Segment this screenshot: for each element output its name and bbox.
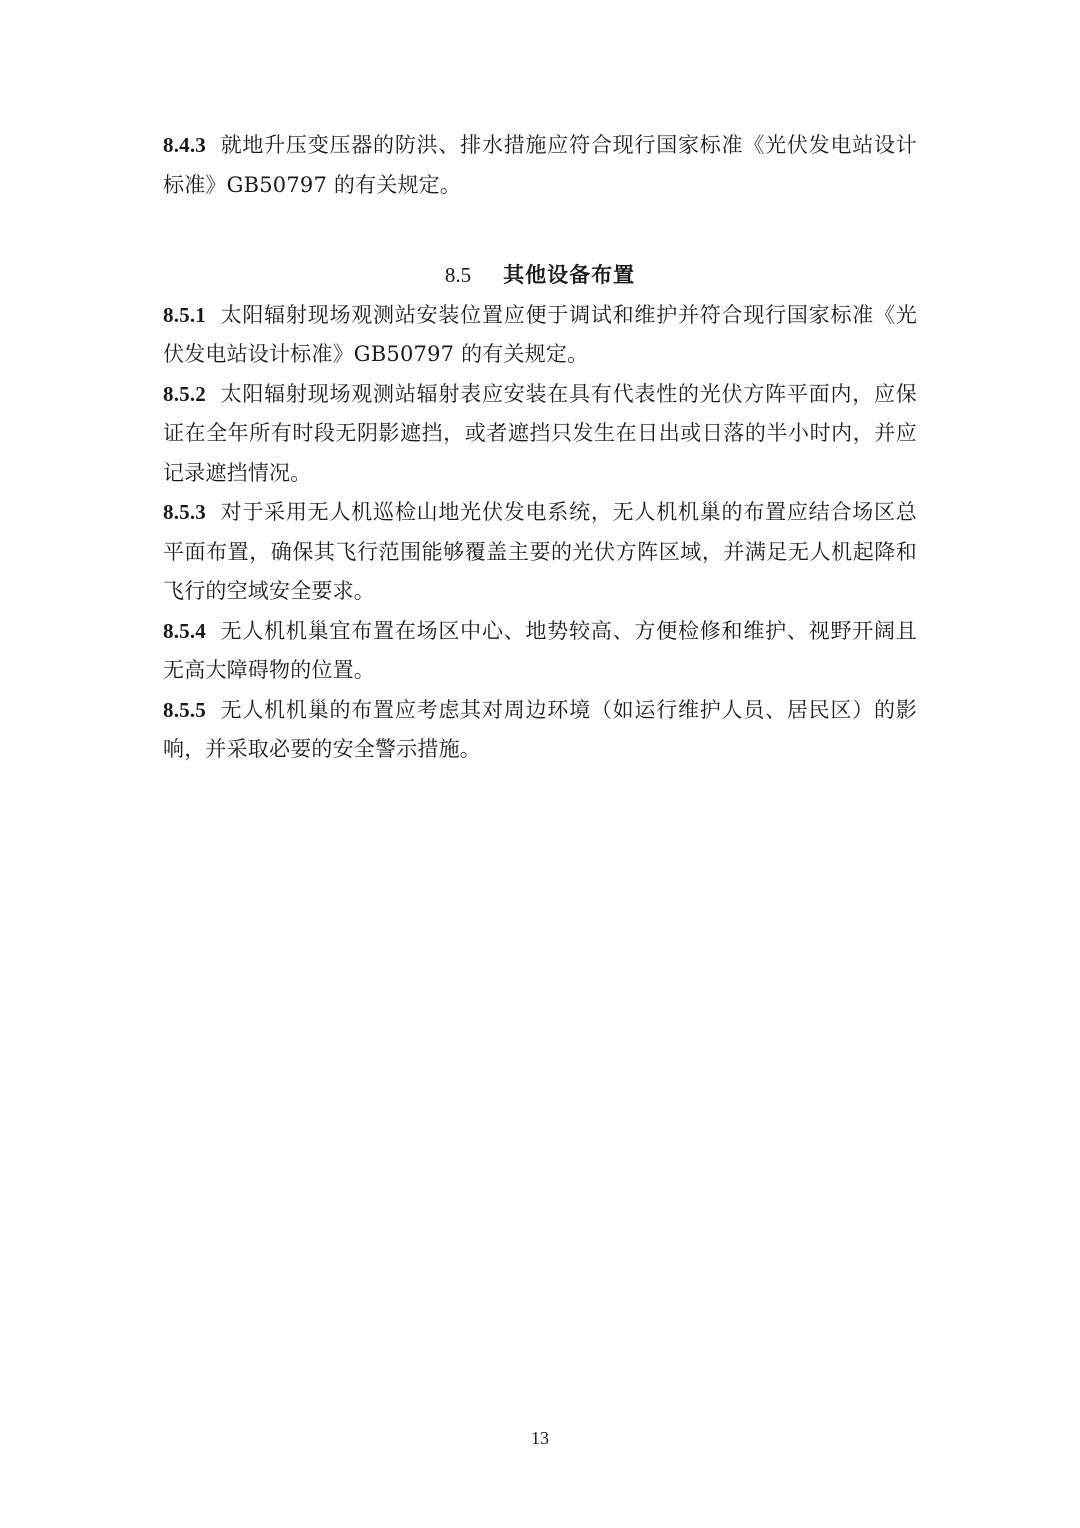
clause-8-5-2: 8.5.2太阳辐射现场观测站辐射表应安装在具有代表性的光伏方阵平面内，应保证在全… — [163, 375, 917, 494]
clause-text: 对于采用无人机巡检山地光伏发电系统，无人机机巢的布置应结合场区总平面布置，确保其… — [163, 500, 917, 603]
section-title: 其他设备布置 — [503, 263, 635, 287]
clause-8-5-1: 8.5.1太阳辐射现场观测站安装位置应便于调试和维护并符合现行国家标准《光伏发电… — [163, 296, 917, 375]
clause-number: 8.5.4 — [163, 619, 206, 643]
clause-number: 8.5.3 — [163, 500, 206, 524]
document-page: 8.4.3就地升压变压器的防洪、排水措施应符合现行国家标准《光伏发电站设计标准》… — [163, 126, 917, 770]
clause-text: 太阳辐射现场观测站安装位置应便于调试和维护并符合现行国家标准《光伏发电站设计标准… — [163, 303, 917, 367]
spacer — [163, 205, 917, 255]
clause-number: 8.5.2 — [163, 382, 206, 406]
page-number: 13 — [0, 1428, 1080, 1449]
clause-number: 8.5.5 — [163, 698, 206, 722]
clause-8-5-5: 8.5.5无人机机巢的布置应考虑其对周边环境（如运行维护人员、居民区）的影响，并… — [163, 691, 917, 770]
section-number: 8.5 — [445, 263, 471, 287]
clause-text: 无人机机巢的布置应考虑其对周边环境（如运行维护人员、居民区）的影响，并采取必要的… — [163, 698, 917, 762]
clause-8-5-4: 8.5.4无人机机巢宜布置在场区中心、地势较高、方便检修和维护、视野开阔且无高大… — [163, 612, 917, 691]
clause-8-4-3: 8.4.3就地升压变压器的防洪、排水措施应符合现行国家标准《光伏发电站设计标准》… — [163, 126, 917, 205]
section-heading: 8.5其他设备布置 — [163, 255, 917, 296]
clause-text: 就地升压变压器的防洪、排水措施应符合现行国家标准《光伏发电站设计标准》GB507… — [163, 133, 917, 197]
clause-text: 无人机机巢宜布置在场区中心、地势较高、方便检修和维护、视野开阔且无高大障碍物的位… — [163, 619, 917, 683]
clause-8-5-3: 8.5.3对于采用无人机巡检山地光伏发电系统，无人机机巢的布置应结合场区总平面布… — [163, 493, 917, 612]
clause-text: 太阳辐射现场观测站辐射表应安装在具有代表性的光伏方阵平面内，应保证在全年所有时段… — [163, 382, 917, 485]
clause-number: 8.4.3 — [163, 133, 206, 157]
clause-number: 8.5.1 — [163, 303, 206, 327]
